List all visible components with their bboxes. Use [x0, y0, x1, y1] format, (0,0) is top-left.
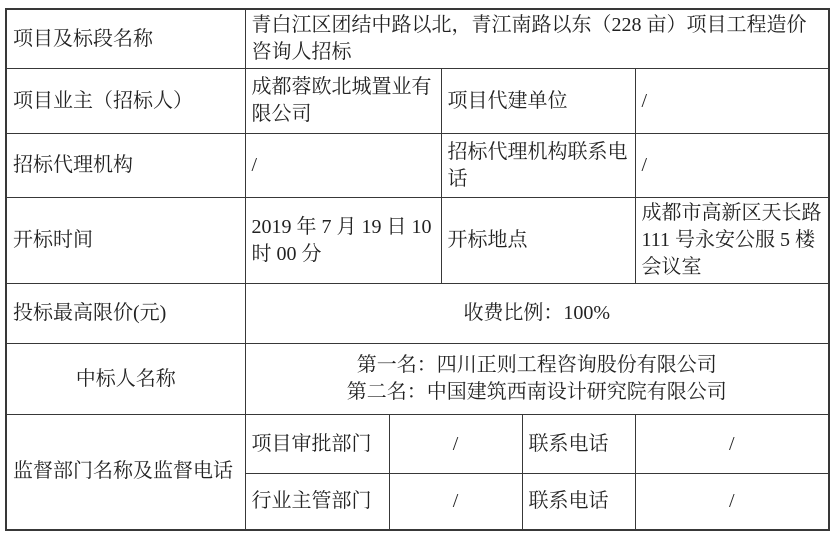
approval-dept-label: 项目审批部门: [245, 415, 389, 474]
project-name-value: 青白江区团结中路以北，青江南路以东（228 亩）项目工程造价咨询人招标: [245, 9, 829, 69]
project-name-label: 项目及标段名称: [6, 9, 245, 69]
supervision-label: 监督部门名称及监督电话: [6, 415, 245, 530]
approval-dept-value: /: [389, 415, 522, 474]
approval-phone-value: /: [635, 415, 829, 474]
agency-label: 招标代理机构: [6, 134, 245, 198]
opening-time-value: 2019 年 7 月 19 日 10 时 00 分: [245, 198, 441, 284]
agency-value: /: [245, 134, 441, 198]
approval-phone-label: 联系电话: [522, 415, 635, 474]
row-winner: 中标人名称 第一名：四川正则工程咨询股份有限公司 第二名：中国建筑西南设计研究院…: [6, 344, 829, 415]
agency-phone-value: /: [635, 134, 829, 198]
agent-build-unit-label: 项目代建单位: [441, 69, 635, 134]
winner-second-place: 第二名：中国建筑西南设计研究院有限公司: [252, 379, 823, 406]
industry-dept-value: /: [389, 474, 522, 530]
row-opening: 开标时间 2019 年 7 月 19 日 10 时 00 分 开标地点 成都市高…: [6, 198, 829, 284]
industry-phone-label: 联系电话: [522, 474, 635, 530]
fee-ratio-value: 收费比例：100%: [245, 284, 829, 344]
winner-first-place: 第一名：四川正则工程咨询股份有限公司: [252, 352, 823, 379]
agent-build-unit-value: /: [635, 69, 829, 134]
winner-value: 第一名：四川正则工程咨询股份有限公司 第二名：中国建筑西南设计研究院有限公司: [245, 344, 829, 415]
row-supervision-approval: 监督部门名称及监督电话 项目审批部门 / 联系电话 /: [6, 415, 829, 474]
winner-label: 中标人名称: [6, 344, 245, 415]
document-page: 项目及标段名称 青白江区团结中路以北，青江南路以东（228 亩）项目工程造价咨询…: [0, 0, 833, 551]
row-agency: 招标代理机构 / 招标代理机构联系电话 /: [6, 134, 829, 198]
owner-label: 项目业主（招标人）: [6, 69, 245, 134]
opening-place-value: 成都市高新区天长路 111 号永安公服 5 楼会议室: [635, 198, 829, 284]
row-owner: 项目业主（招标人） 成都蓉欧北城置业有限公司 项目代建单位 /: [6, 69, 829, 134]
owner-value: 成都蓉欧北城置业有限公司: [245, 69, 441, 134]
bid-info-table: 项目及标段名称 青白江区团结中路以北，青江南路以东（228 亩）项目工程造价咨询…: [5, 8, 830, 531]
opening-place-label: 开标地点: [441, 198, 635, 284]
industry-phone-value: /: [635, 474, 829, 530]
agency-phone-label: 招标代理机构联系电话: [441, 134, 635, 198]
opening-time-label: 开标时间: [6, 198, 245, 284]
industry-dept-label: 行业主管部门: [245, 474, 389, 530]
row-project-name: 项目及标段名称 青白江区团结中路以北，青江南路以东（228 亩）项目工程造价咨询…: [6, 9, 829, 69]
max-price-label: 投标最高限价(元): [6, 284, 245, 344]
row-max-price: 投标最高限价(元) 收费比例：100%: [6, 284, 829, 344]
